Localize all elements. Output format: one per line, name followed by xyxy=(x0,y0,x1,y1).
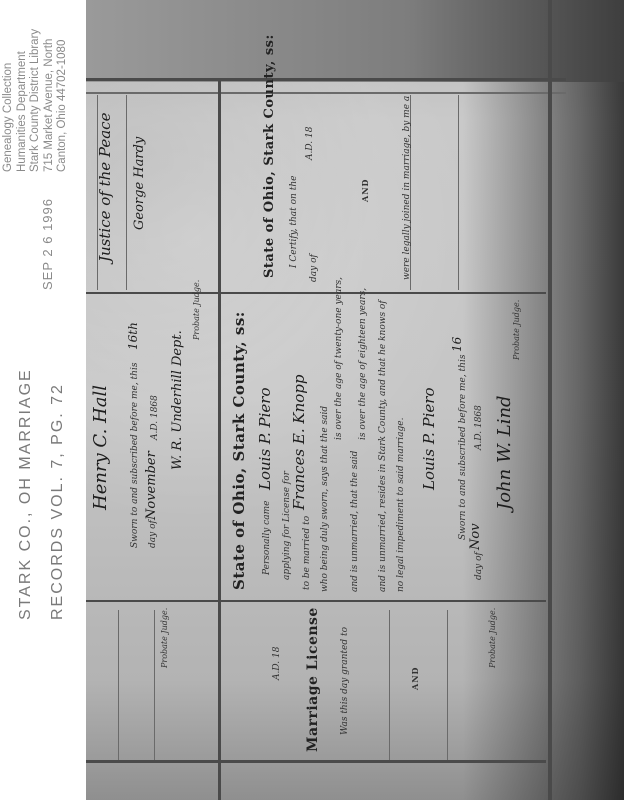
stub-left-judge-label: Probate Judge. xyxy=(160,608,169,668)
date-stamp: SEP 2 6 1996 xyxy=(40,170,55,290)
scanned-document xyxy=(86,0,624,800)
stamp-line: Canton, Ohio 44702-1080 xyxy=(56,4,70,172)
judge-signature: John W. Lind xyxy=(494,395,515,510)
stub-ad-text: A.D. 18 xyxy=(272,647,282,680)
stub-granted-text: Was this day granted to xyxy=(340,627,350,735)
stamp-line: Stark County District Library xyxy=(29,4,43,172)
rule xyxy=(86,292,546,294)
application-sworn-text: Sworn to and subscribed before me, this xyxy=(458,355,468,540)
rule xyxy=(86,92,566,94)
certificate-heading: State of Ohio, Stark County, ss: xyxy=(262,34,277,278)
applicant-name: Louis P. Piero xyxy=(256,388,274,490)
rule xyxy=(218,80,221,800)
probate-judge-label: Probate Judge. xyxy=(192,280,201,340)
application-heading: State of Ohio, Stark County, ss: xyxy=(230,311,248,590)
certificate-ad: A.D. 18 xyxy=(305,127,315,160)
certificate-and-label: AND xyxy=(360,179,370,202)
affidavit-day: 16th xyxy=(126,322,140,350)
certify-text: I Certify, that on the xyxy=(289,176,299,268)
library-stamp: Genealogy Collection Humanities Departme… xyxy=(2,4,94,174)
applicant-signature: Louis P. Piero xyxy=(420,388,438,490)
married-to-text: to be married to xyxy=(302,516,312,590)
rule xyxy=(86,78,566,81)
rule xyxy=(118,610,119,760)
bride-name: Frances E. Knopp xyxy=(290,374,308,510)
affidavit-day-of: day of xyxy=(148,520,158,548)
rule xyxy=(86,760,546,763)
unmarried-text: and is unmarried, that the said xyxy=(350,451,360,592)
stub-and-label: AND xyxy=(410,667,420,690)
rule xyxy=(126,95,127,290)
rule xyxy=(154,610,155,760)
stub-judge-label: Probate Judge. xyxy=(488,608,497,668)
certificate-day-of: day of xyxy=(309,254,319,282)
over-21-text: is over the age of twenty-one years, xyxy=(334,277,344,440)
rule xyxy=(447,610,448,760)
stamp-line: 715 Market Avenue, North xyxy=(43,4,57,172)
officiant-name: George Hardy xyxy=(132,137,147,230)
rule xyxy=(458,95,459,290)
affidavit-year: A.D. 1868 xyxy=(150,395,160,440)
rule xyxy=(548,0,552,800)
application-month: Nov xyxy=(468,523,483,550)
handwritten-record-note: STARK CO., OH MARRIAGE RECORDS VOL. 7, P… xyxy=(10,320,74,620)
deputy-signature: W. R. Underhill Dept. xyxy=(170,330,185,470)
certificate-joined-text: were legally joined in marriage, by me a xyxy=(402,96,412,280)
application-year: A.D. 1868 xyxy=(474,405,484,450)
no-impediment-text: no legal impediment to said marriage. xyxy=(396,418,406,593)
stub-heading: Marriage License xyxy=(305,607,321,752)
affiant-signature: Henry C. Hall xyxy=(90,385,111,510)
resides-text: and is unmarried, resides in Stark Count… xyxy=(378,300,388,592)
affidavit-sworn-text: Sworn to and subscribed before me, this xyxy=(130,363,140,548)
application-judge-label: Probate Judge. xyxy=(512,300,521,360)
application-day-of: day of xyxy=(474,552,484,580)
handnote-line-2: RECORDS VOL. 7, PG. 72 xyxy=(42,320,74,620)
rule xyxy=(86,600,546,602)
rule xyxy=(389,610,390,760)
over-18-text: is over the age of eighteen years, xyxy=(358,288,368,440)
personally-came-text: Personally came xyxy=(262,501,272,575)
page-edge-shadow xyxy=(86,0,624,82)
officiant-title: Justice of the Peace xyxy=(96,113,114,262)
application-day: 16 xyxy=(450,337,464,352)
sworn-says-text: who being duly sworn, says that the said xyxy=(320,406,330,592)
handnote-line-1: STARK CO., OH MARRIAGE xyxy=(10,320,42,620)
affidavit-month: November xyxy=(144,451,159,520)
stamp-line: Humanities Department xyxy=(16,4,30,172)
stamp-line: Genealogy Collection xyxy=(2,4,16,172)
